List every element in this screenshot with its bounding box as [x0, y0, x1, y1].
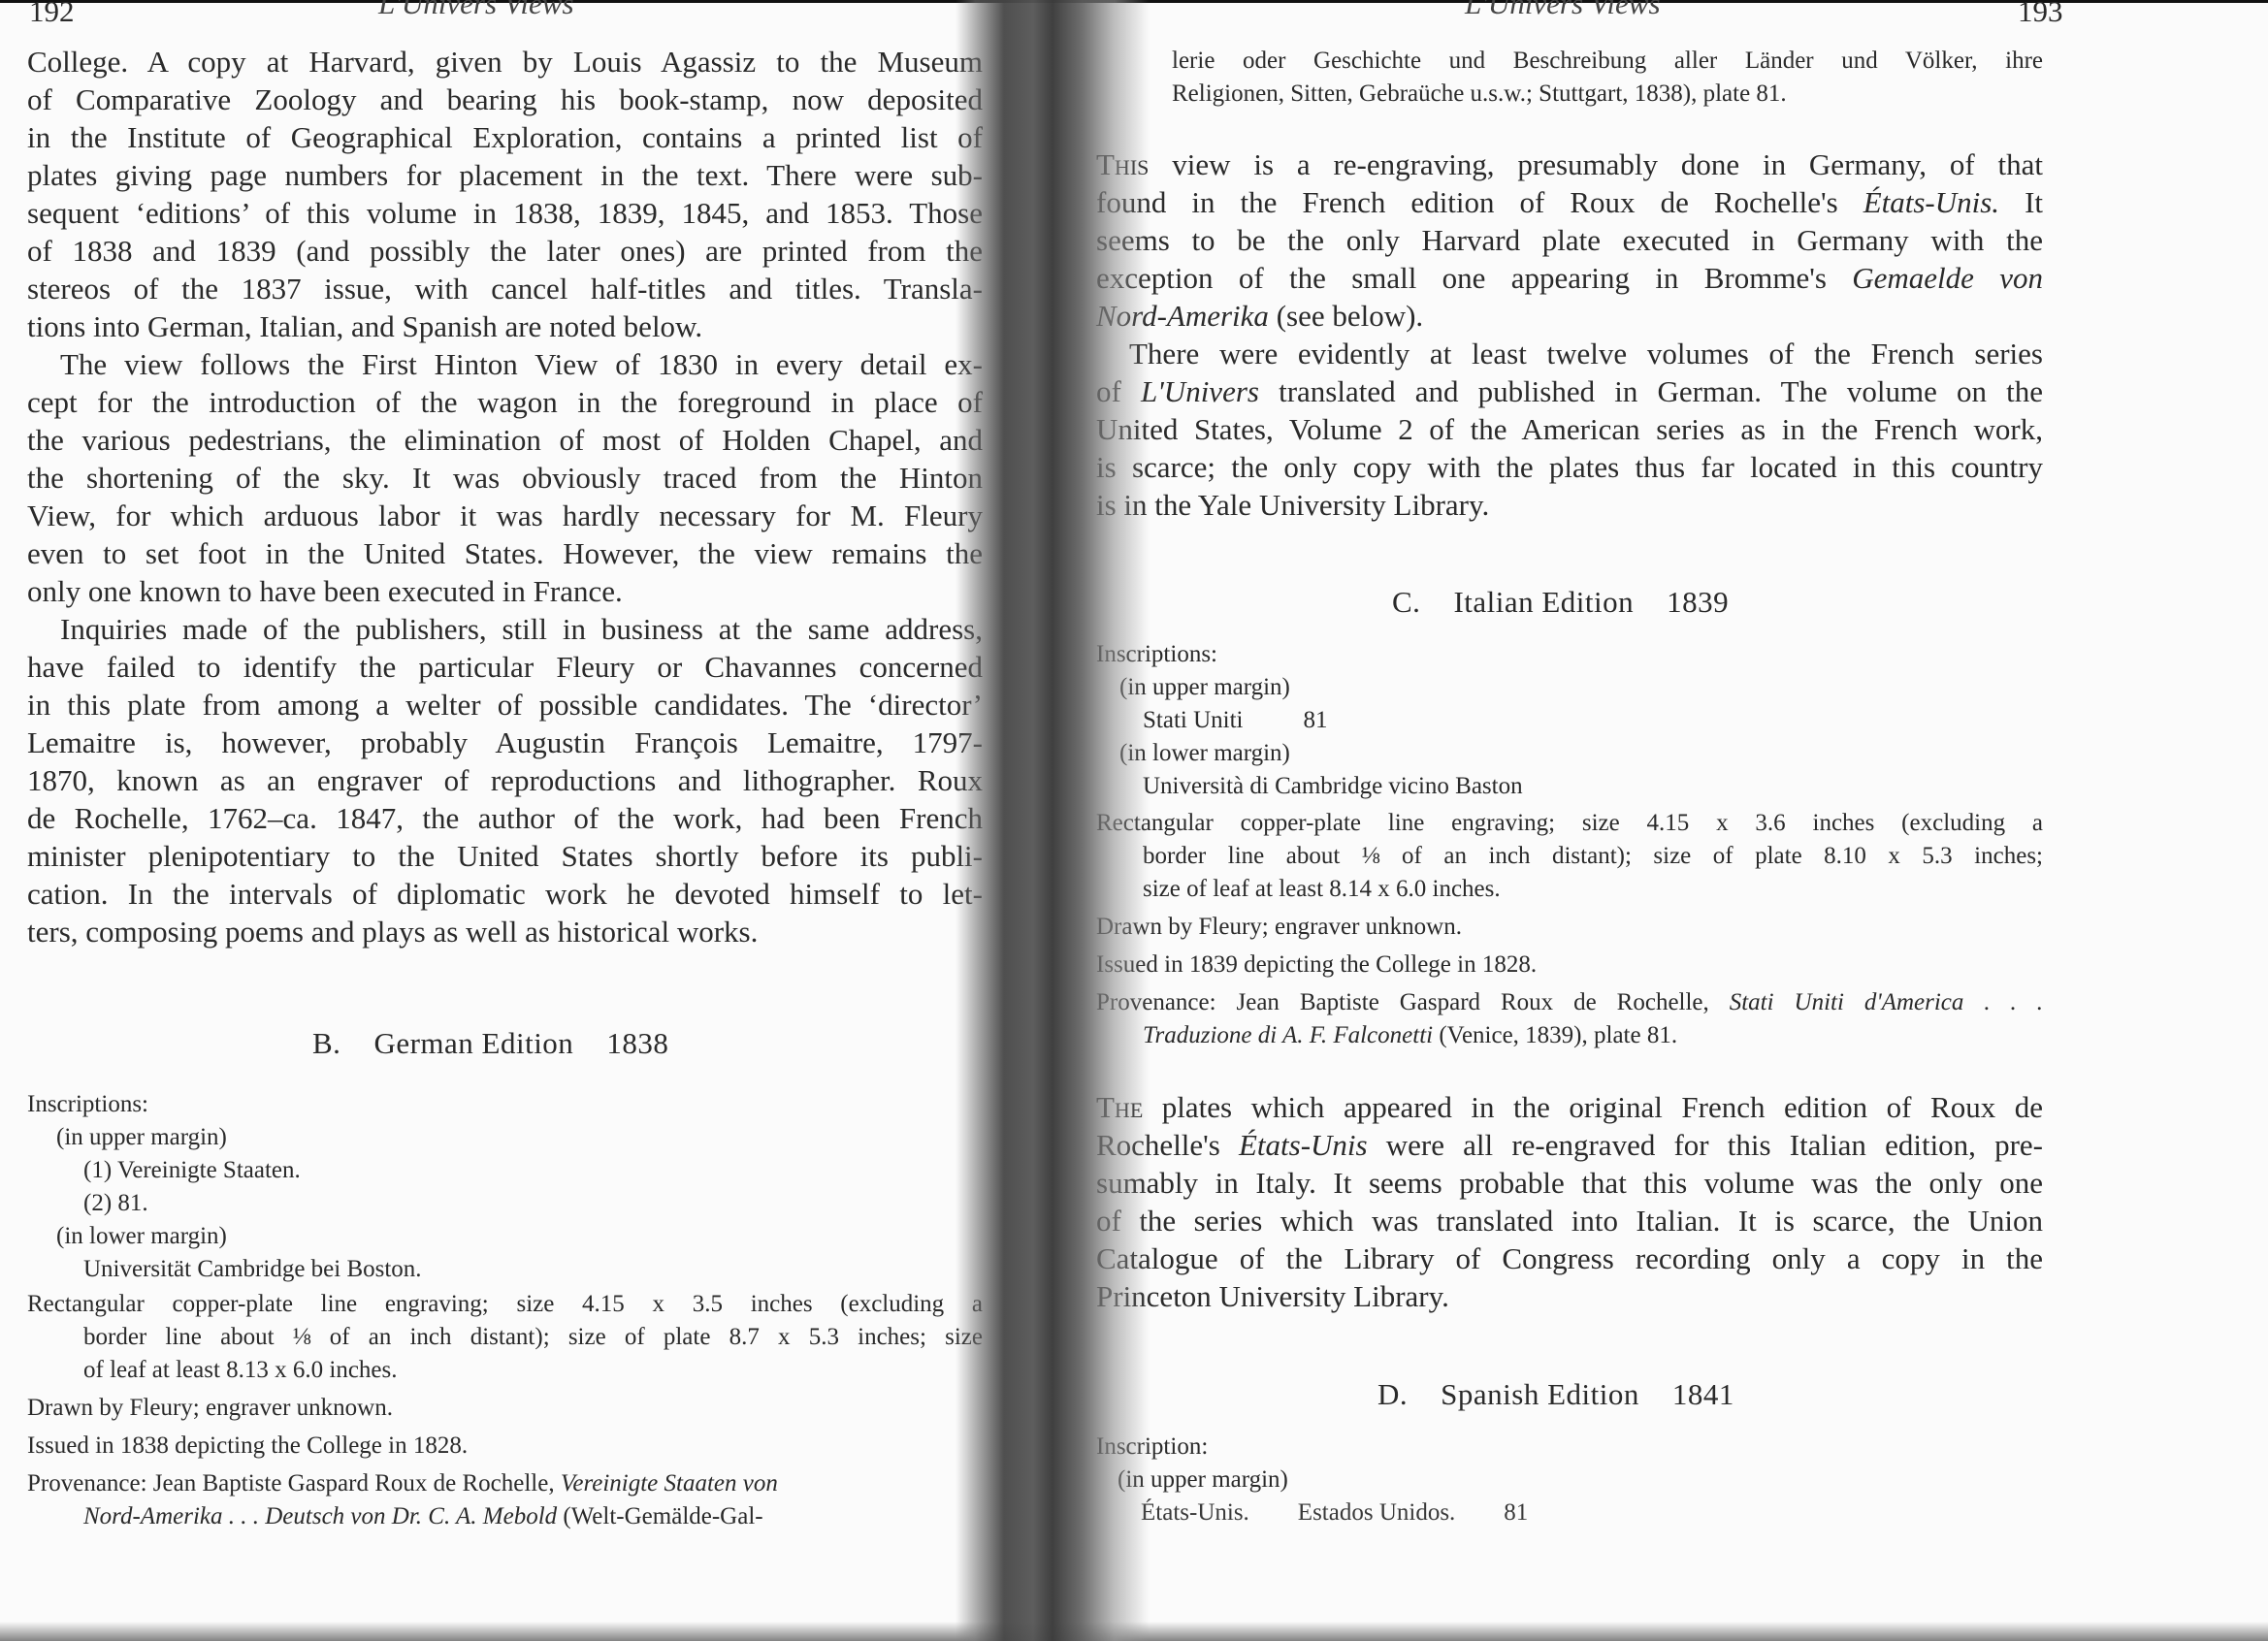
italic-title: Gemaelde von — [1852, 261, 2043, 295]
provenance-text: Provenance: Jean Baptiste Gaspard Roux d… — [27, 1470, 561, 1496]
upper-margin-label: (in upper margin) — [56, 1123, 227, 1152]
scan-bottom-edge — [0, 1622, 2268, 1641]
text-span: translated and published in German. The … — [1259, 374, 2043, 408]
text-line: de Rochelle, 1762–ca. 1847, the author o… — [27, 801, 983, 836]
description-line: Rectangular copper-plate line engraving;… — [27, 1290, 983, 1319]
text-line: Inquiries made of the publishers, still … — [60, 612, 983, 647]
text-line: seems to be the only Harvard plate execu… — [1096, 223, 2043, 258]
provenance-text: Provenance: Jean Baptiste Gaspard Roux d… — [1096, 989, 1730, 1015]
text-line: the various pedestrians, the elimination… — [27, 423, 983, 458]
text-line: in this plate from among a welter of pos… — [27, 688, 983, 723]
text-span: view is a re-engraving, presumably done … — [1149, 147, 2043, 181]
section-letter: C. — [1392, 585, 1420, 619]
text-span: (see below). — [1269, 299, 1423, 333]
text-line: have failed to identify the particular F… — [27, 650, 983, 685]
provenance-title: Stati Uniti d'America . . . — [1730, 989, 2043, 1015]
text-line: is in the Yale University Library. — [1096, 488, 1489, 523]
text-line: plates giving page numbers for placement… — [27, 158, 983, 193]
text-line: of Comparative Zoology and bearing his b… — [27, 82, 983, 117]
text-line: cept for the introduction of the wagon i… — [27, 385, 983, 420]
text-line: Lemaitre is, however, probably Augustin … — [27, 725, 983, 760]
text-span: exception of the small one appearing in … — [1096, 261, 1852, 295]
inscription-item: Universität Cambridge bei Boston. — [83, 1255, 422, 1284]
provenance-continued: lerie oder Geschichte und Beschreibung a… — [1172, 47, 2043, 76]
inscription-text: États-Unis. — [1141, 1499, 1249, 1526]
text-line: The view follows the First Hinton View o… — [60, 347, 983, 382]
description-line: size of leaf at least 8.14 x 6.0 inches. — [1143, 875, 1501, 904]
text-line: Rochelle's États-Unis were all re-engrav… — [1096, 1128, 2043, 1163]
inscription-label: Inscription: — [1096, 1432, 1208, 1462]
text-line: sequent ‘editions’ of this volume in 183… — [27, 196, 983, 231]
text-line: ters, composing poems and plays as well … — [27, 915, 758, 949]
provenance-line: Provenance: Jean Baptiste Gaspard Roux d… — [27, 1469, 778, 1498]
section-title: Spanish Edition — [1441, 1377, 1639, 1411]
text-line: The plates which appeared in the origina… — [1096, 1090, 2043, 1125]
small-caps-lead: The — [1096, 1090, 1143, 1124]
inscription-item: (2) 81. — [83, 1189, 148, 1218]
text-line: in the Institute of Geographical Explora… — [27, 120, 983, 155]
description-line: of leaf at least 8.13 x 6.0 inches. — [83, 1356, 398, 1385]
text-line: even to set foot in the United States. H… — [27, 536, 983, 571]
text-line: minister plenipotentiary to the United S… — [27, 839, 983, 874]
page-number: 192 — [29, 0, 75, 29]
section-heading-italian-edition: C.Italian Edition1839 — [1392, 585, 1729, 620]
inscriptions-label: Inscriptions: — [1096, 640, 1217, 669]
text-line: stereos of the 1837 issue, with cancel h… — [27, 272, 983, 306]
lower-margin-label: (in lower margin) — [56, 1222, 227, 1251]
text-line: Catalogue of the Library of Congress rec… — [1096, 1241, 2043, 1276]
inscription-item: (1) Vereinigte Staaten. — [83, 1156, 301, 1185]
inscription-item: Stati Uniti81 — [1143, 706, 1327, 735]
issued: Issued in 1839 depicting the College in … — [1096, 950, 1537, 980]
text-line: College. A copy at Harvard, given by Lou… — [27, 45, 983, 80]
italic-title: Nord-Amerika — [1096, 299, 1269, 333]
italic-title: États-Unis. — [1863, 185, 1999, 219]
section-year: 1838 — [606, 1026, 668, 1060]
text-span: were all re-engraved for this Italian ed… — [1368, 1128, 2043, 1162]
text-line: This view is a re-engraving, presumably … — [1096, 147, 2043, 182]
section-year: 1839 — [1667, 585, 1729, 619]
provenance-title: Vereinigte Staaten von — [561, 1470, 778, 1496]
text-line: only one known to have been executed in … — [27, 574, 623, 609]
section-title: Italian Edition — [1453, 585, 1634, 619]
provenance-title: Nord-Amerika . . . Deutsch von Dr. C. A.… — [83, 1503, 557, 1529]
inscription-text: Estados Unidos. — [1298, 1499, 1456, 1526]
text-line: tions into German, Italian, and Spanish … — [27, 309, 702, 344]
left-page: 192 L'Univers Views College. A copy at H… — [0, 0, 1057, 1641]
section-heading-german-edition: B.German Edition1838 — [312, 1026, 668, 1061]
text-line: of L'Univers translated and published in… — [1096, 374, 2043, 409]
description-line: Rectangular copper-plate line engraving;… — [1096, 809, 2043, 838]
provenance-line: Provenance: Jean Baptiste Gaspard Roux d… — [1096, 988, 2043, 1017]
provenance-text: (Venice, 1839), plate 81. — [1433, 1022, 1677, 1048]
drawn-by: Drawn by Fleury; engraver unknown. — [27, 1394, 393, 1423]
text-line: of the series which was translated into … — [1096, 1204, 2043, 1239]
section-year: 1841 — [1672, 1377, 1734, 1411]
inscription-number: 81 — [1504, 1499, 1528, 1526]
text-line: sumably in Italy. It seems probable that… — [1096, 1166, 2043, 1201]
provenance-title: Traduzione di A. F. Falconetti — [1143, 1022, 1433, 1048]
text-line: of 1838 and 1839 (and possibly the later… — [27, 234, 983, 269]
italic-title: États-Unis — [1239, 1128, 1368, 1162]
text-line: found in the French edition of Roux de R… — [1096, 185, 2043, 220]
upper-margin-label: (in upper margin) — [1118, 1465, 1288, 1495]
description-line: border line about ⅛ of an inch distant);… — [1143, 842, 2043, 871]
text-line: There were evidently at least twelve vol… — [1129, 337, 2043, 371]
text-span: of — [1096, 374, 1141, 408]
provenance-text: (Welt-Gemälde-Gal- — [557, 1503, 762, 1529]
text-line: Princeton University Library. — [1096, 1279, 1449, 1314]
provenance-line: Nord-Amerika . . . Deutsch von Dr. C. A.… — [83, 1502, 763, 1531]
drawn-by: Drawn by Fleury; engraver unknown. — [1096, 913, 1462, 942]
issued: Issued in 1838 depicting the College in … — [27, 1432, 468, 1461]
description-line: border line about ⅛ of an inch distant);… — [83, 1323, 983, 1352]
text-line: View, for which arduous labor it was har… — [27, 499, 983, 533]
text-line: exception of the small one appearing in … — [1096, 261, 2043, 296]
lower-margin-label: (in lower margin) — [1119, 739, 1290, 768]
text-line: is scarce; the only copy with the plates… — [1096, 450, 2043, 485]
right-page: L'Univers Views 193 lerie oder Geschicht… — [1057, 0, 2268, 1641]
upper-margin-label: (in upper margin) — [1119, 673, 1290, 702]
inscriptions-label: Inscriptions: — [27, 1090, 148, 1119]
small-caps-lead: This — [1096, 147, 1149, 181]
text-span: It — [1999, 185, 2043, 219]
text-line: United States, Volume 2 of the American … — [1096, 412, 2043, 447]
inscription-text: Stati Uniti — [1143, 707, 1243, 733]
running-head: L'Univers Views — [1465, 0, 1661, 21]
provenance-line: Traduzione di A. F. Falconetti (Venice, … — [1143, 1021, 1677, 1050]
inscription-item: États-Unis.Estados Unidos.81 — [1141, 1498, 1528, 1528]
section-title: German Edition — [373, 1026, 573, 1060]
inscription-number: 81 — [1303, 707, 1327, 733]
page-number: 193 — [2018, 0, 2063, 29]
section-heading-spanish-edition: D.Spanish Edition1841 — [1377, 1377, 1734, 1412]
section-letter: B. — [312, 1026, 340, 1060]
text-span: Rochelle's — [1096, 1128, 1239, 1162]
section-letter: D. — [1377, 1377, 1408, 1411]
text-span: found in the French edition of Roux de R… — [1096, 185, 1863, 219]
text-line: cation. In the intervals of diplomatic w… — [27, 877, 983, 912]
provenance-continued: Religionen, Sitten, Gebraüche u.s.w.; St… — [1172, 80, 1787, 109]
inscription-item: Università di Cambridge vicino Baston — [1143, 772, 1523, 801]
text-line: 1870, known as an engraver of reproducti… — [27, 763, 983, 798]
text-line: Nord-Amerika (see below). — [1096, 299, 1423, 334]
running-head: L'Univers Views — [378, 0, 574, 21]
italic-title: L'Univers — [1141, 374, 1259, 408]
text-span: plates which appeared in the original Fr… — [1143, 1090, 2043, 1124]
text-line: the shortening of the sky. It was obviou… — [27, 461, 983, 496]
